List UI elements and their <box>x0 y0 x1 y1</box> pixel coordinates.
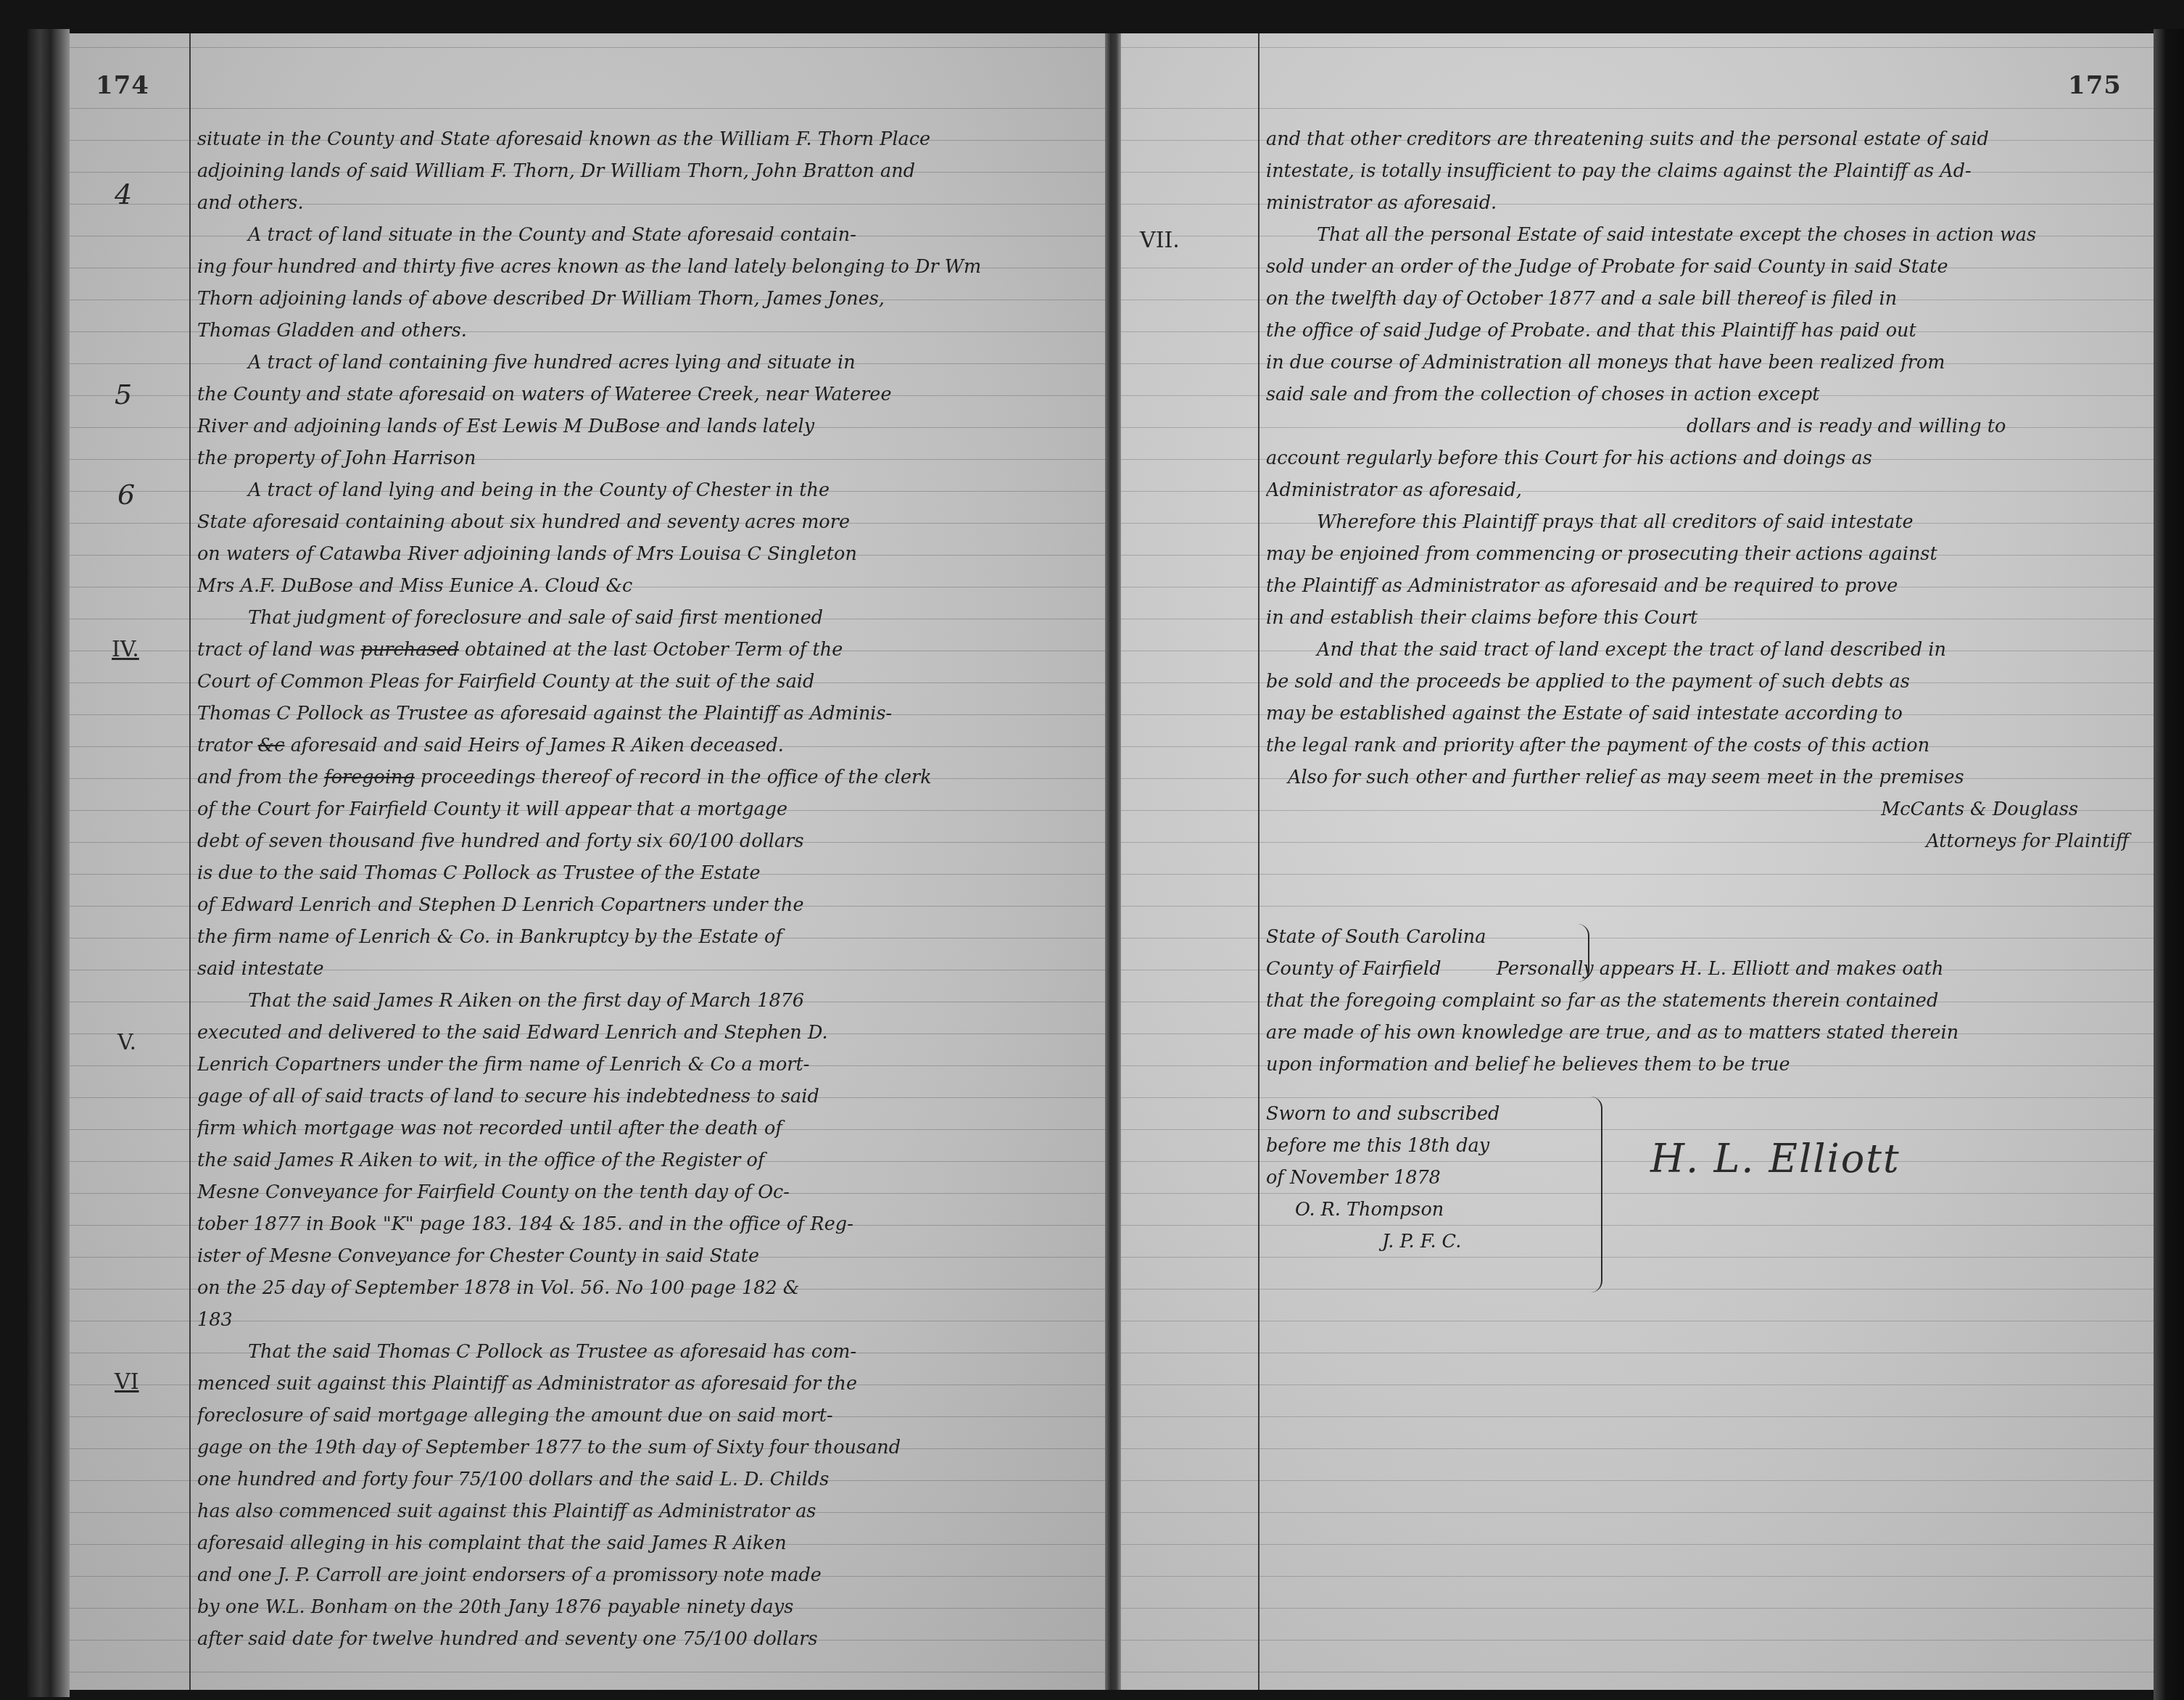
text-line: That the said Thomas C Pollock as Truste… <box>197 1336 1096 1368</box>
text-line: said intestate <box>197 953 1096 985</box>
text-line: Thomas C Pollock as Trustee as aforesaid… <box>197 698 1096 730</box>
text-line: ministrator as aforesaid. <box>1266 187 2143 219</box>
text-line: may be established against the Estate of… <box>1266 698 2143 730</box>
struck-text: purchased <box>361 639 459 661</box>
text-line: River and adjoining lands of Est Lewis M… <box>197 410 1096 442</box>
text-line: tract of land was purchased obtained at … <box>197 634 1096 666</box>
text-line: be sold and the proceeds be applied to t… <box>1266 666 2143 698</box>
margin-mark-4: 4 <box>115 178 132 210</box>
text-line: the said James R Aiken to wit, in the of… <box>197 1144 1096 1176</box>
text-line: may be enjoined from commencing or prose… <box>1266 538 2143 570</box>
text-line: sold under an order of the Judge of Prob… <box>1266 251 2143 283</box>
margin-mark-iv: IV. <box>112 637 139 662</box>
text-line: Mesne Conveyance for Fairfield County on… <box>197 1176 1096 1208</box>
text-line: the Plaintiff as Administrator as afores… <box>1266 570 2143 602</box>
margin-rule <box>189 33 191 1690</box>
jurat-line: of November 1878 <box>1266 1162 1585 1194</box>
jurat: Sworn to and subscribed before me this 1… <box>1266 1098 1585 1258</box>
text-line: tober 1877 in Book "K" page 183. 184 & 1… <box>197 1208 1096 1240</box>
notary-signature: O. R. Thompson <box>1266 1194 1585 1226</box>
text-line: Mrs A.F. DuBose and Miss Eunice A. Cloud… <box>197 570 1096 602</box>
page-number: 174 <box>96 71 149 100</box>
text-line: aforesaid alleging in his complaint that… <box>197 1527 1096 1559</box>
margin-mark-vi: VI <box>115 1369 139 1395</box>
text-line: in due course of Administration all mone… <box>1266 347 2143 379</box>
text-line: the property of John Harrison <box>197 442 1096 474</box>
text-line: by one W.L. Bonham on the 20th Jany 1876… <box>197 1591 1096 1623</box>
text-line: State aforesaid containing about six hun… <box>197 506 1096 538</box>
text-line: Wherefore this Plaintiff prays that all … <box>1266 506 2143 538</box>
text-line: That all the personal Estate of said int… <box>1266 219 2143 251</box>
margin-mark-v: V. <box>117 1030 136 1055</box>
text-line: on the 25 day of September 1878 in Vol. … <box>197 1272 1096 1304</box>
text-line: dollars and is ready and willing to <box>1266 410 2143 442</box>
margin-rule <box>1258 33 1259 1690</box>
text-line: the office of said Judge of Probate. and… <box>1266 315 2143 347</box>
text-line: gage on the 19th day of September 1877 t… <box>197 1432 1096 1464</box>
text-line: said sale and from the collection of cho… <box>1266 379 2143 410</box>
jurat-line: before me this 18th day <box>1266 1130 1585 1162</box>
text-line: menced suit against this Plaintiff as Ad… <box>197 1368 1096 1400</box>
text-line: one hundred and forty four 75/100 dollar… <box>197 1464 1096 1495</box>
jurat-brace <box>1591 1097 1602 1292</box>
text-line: Administrator as aforesaid, <box>1266 474 2143 506</box>
text-line: situate in the County and State aforesai… <box>197 123 1096 155</box>
text-line: ister of Mesne Conveyance for Chester Co… <box>197 1240 1096 1272</box>
text-line: in and establish their claims before thi… <box>1266 602 2143 634</box>
venue-state: State of South Carolina <box>1266 921 2143 953</box>
text-line: of Edward Lenrich and Stephen D Lenrich … <box>197 889 1096 921</box>
affidavit-text: that the foregoing complaint so far as t… <box>1266 985 2143 1017</box>
attorney-title: Attorneys for Plaintiff <box>1266 825 2143 857</box>
text-line: after said date for twelve hundred and s… <box>197 1623 1096 1655</box>
blank-line <box>1266 889 2143 921</box>
affiant-signature: H. L. Elliott <box>1650 1136 1900 1181</box>
text-line: Also for such other and further relief a… <box>1266 762 2143 793</box>
text-line: That judgment of foreclosure and sale of… <box>197 602 1096 634</box>
text-line: intestate, is totally insufficient to pa… <box>1266 155 2143 187</box>
margin-mark-vii: VII. <box>1140 228 1180 253</box>
struck-text: foregoing <box>324 767 415 788</box>
text-line: is due to the said Thomas C Pollock as T… <box>197 857 1096 889</box>
attorney-signature: McCants & Douglass <box>1266 793 2143 825</box>
text-line: the legal rank and priority after the pa… <box>1266 730 2143 762</box>
text-line: 183 <box>197 1304 1096 1336</box>
right-page: 175 VII. and that other creditors are th… <box>1121 33 2154 1690</box>
text-line: A tract of land situate in the County an… <box>197 219 1096 251</box>
affidavit-line-1: County of Fairfield Personally appears H… <box>1266 953 2143 985</box>
affidavit-text: Personally appears H. L. Elliott and mak… <box>1497 958 1944 980</box>
left-page: 174 4 5 6 IV. V. VI situate in the Count… <box>70 33 1105 1690</box>
page-number: 175 <box>2068 71 2122 100</box>
text-line: and others. <box>197 187 1096 219</box>
book-right-edge <box>2154 29 2184 1700</box>
text-line: gage of all of said tracts of land to se… <box>197 1081 1096 1113</box>
text-line: That the said James R Aiken on the first… <box>197 985 1096 1017</box>
text-line: Thomas Gladden and others. <box>197 315 1096 347</box>
text-line: on the twelfth day of October 1877 and a… <box>1266 283 2143 315</box>
text-line: firm which mortgage was not recorded unt… <box>197 1113 1096 1144</box>
text-line: of the Court for Fairfield County it wil… <box>197 793 1096 825</box>
blank-line <box>1266 857 2143 889</box>
text-line: ing four hundred and thirty five acres k… <box>197 251 1096 283</box>
text-line: trator &c aforesaid and said Heirs of Ja… <box>197 730 1096 762</box>
text-line: on waters of Catawba River adjoining lan… <box>197 538 1096 570</box>
margin-mark-6: 6 <box>117 479 135 511</box>
text-line: and one J. P. Carroll are joint endorser… <box>197 1559 1096 1591</box>
text-line: and from the foregoing proceedings there… <box>197 762 1096 793</box>
book-gutter <box>1105 33 1121 1690</box>
ledger-spread: 174 4 5 6 IV. V. VI situate in the Count… <box>0 0 2184 1700</box>
text-line: executed and delivered to the said Edwar… <box>197 1017 1096 1049</box>
text-line: the firm name of Lenrich & Co. in Bankru… <box>197 921 1096 953</box>
text-line: Lenrich Copartners under the firm name o… <box>197 1049 1096 1081</box>
margin-mark-5: 5 <box>115 379 132 410</box>
venue-county: County of Fairfield <box>1266 958 1441 980</box>
text-line: A tract of land lying and being in the C… <box>197 474 1096 506</box>
text-line: debt of seven thousand five hundred and … <box>197 825 1096 857</box>
text-line: the County and state aforesaid on waters… <box>197 379 1096 410</box>
text-line: account regularly before this Court for … <box>1266 442 2143 474</box>
text-line: Thorn adjoining lands of above described… <box>197 283 1096 315</box>
text-line: foreclosure of said mortgage alleging th… <box>197 1400 1096 1432</box>
text-line: And that the said tract of land except t… <box>1266 634 2143 666</box>
affidavit-text: are made of his own knowledge are true, … <box>1266 1017 2143 1049</box>
notary-title: J. P. F. C. <box>1266 1226 1585 1258</box>
affidavit-text: upon information and belief he believes … <box>1266 1049 2143 1081</box>
left-page-text: situate in the County and State aforesai… <box>197 123 1096 1655</box>
venue-brace <box>1578 924 1589 982</box>
text-line: Court of Common Pleas for Fairfield Coun… <box>197 666 1096 698</box>
text-line: adjoining lands of said William F. Thorn… <box>197 155 1096 187</box>
book-binding-edge <box>28 29 70 1697</box>
struck-text: &c <box>258 735 285 756</box>
jurat-line: Sworn to and subscribed <box>1266 1098 1585 1130</box>
right-page-text: and that other creditors are threatening… <box>1266 123 2143 1081</box>
text-line: has also commenced suit against this Pla… <box>197 1495 1096 1527</box>
text-line: and that other creditors are threatening… <box>1266 123 2143 155</box>
text-line: A tract of land containing five hundred … <box>197 347 1096 379</box>
